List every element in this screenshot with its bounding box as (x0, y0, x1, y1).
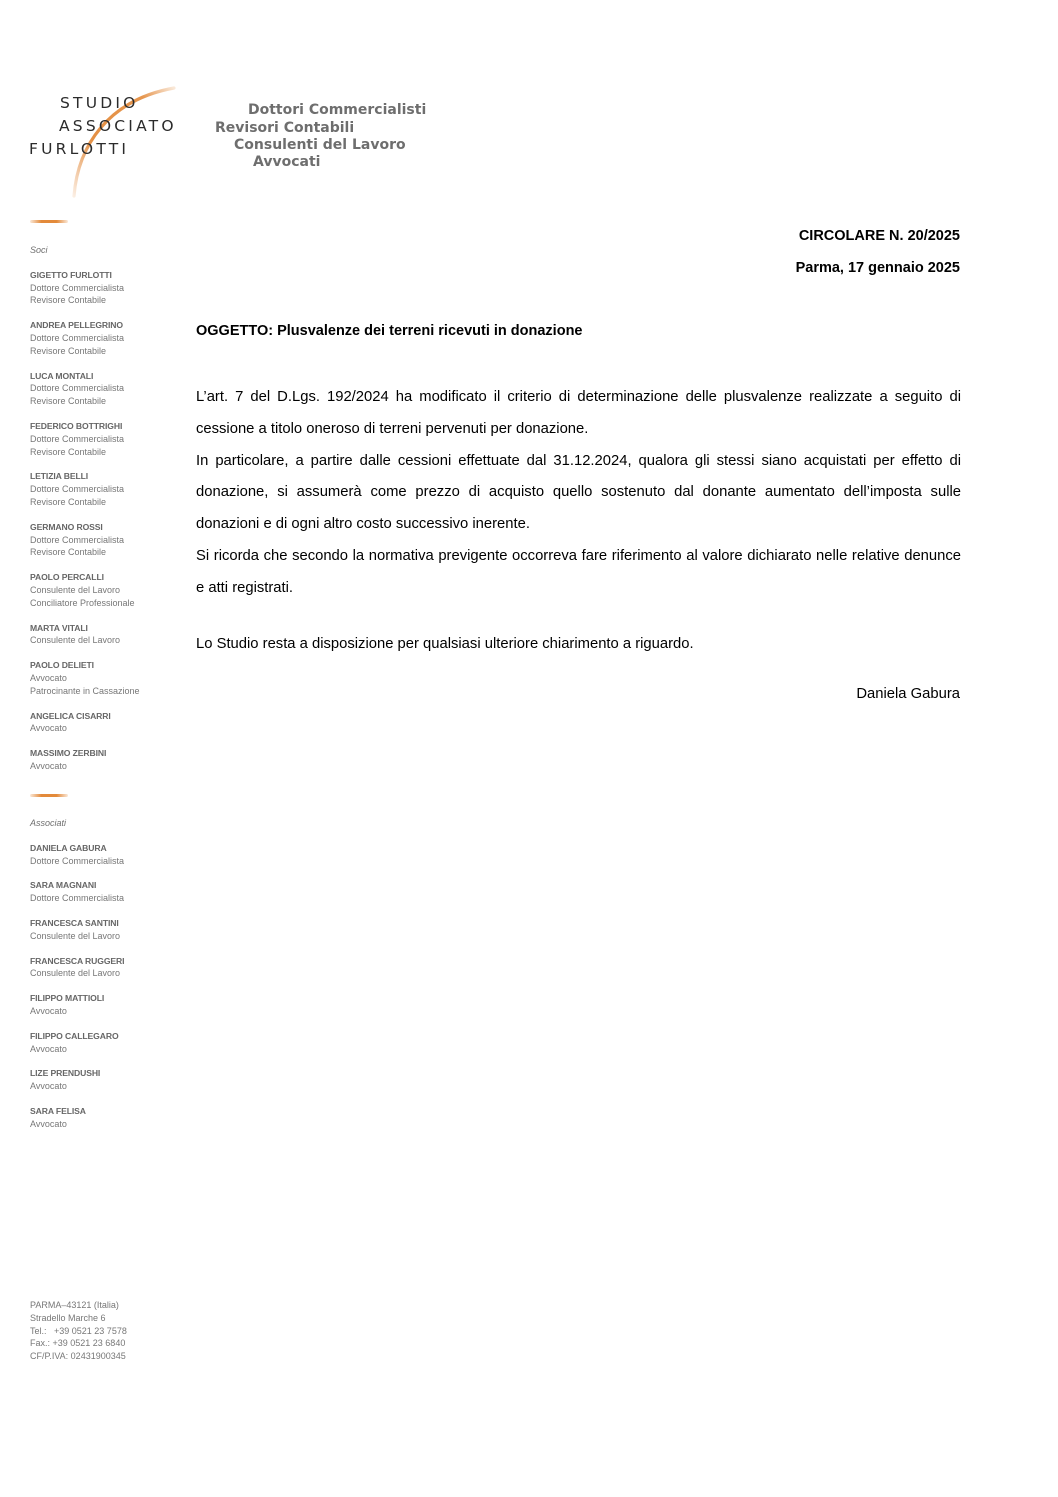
member-role: Dottore Commercialista (30, 433, 140, 446)
member-entry: LETIZIA BELLIDottore CommercialistaRevis… (30, 470, 140, 508)
member-entry: GERMANO ROSSIDottore CommercialistaRevis… (30, 521, 140, 559)
member-role: Conciliatore Professionale (30, 597, 140, 610)
sidebar-soci: Soci GIGETTO FURLOTTIDottore Commerciali… (30, 244, 140, 785)
member-role: Avvocato (30, 1043, 124, 1056)
member-name: ANDREA PELLEGRINO (30, 319, 140, 332)
member-role: Consulente del Lavoro (30, 930, 124, 943)
member-entry: MASSIMO ZERBINIAvvocato (30, 747, 140, 773)
profession-avvocati: Avvocati (253, 154, 320, 170)
member-role: Avvocato (30, 1005, 124, 1018)
member-name: DANIELA GABURA (30, 842, 124, 855)
member-role: Dottore Commercialista (30, 483, 140, 496)
member-entry: LUCA MONTALIDottore CommercialistaReviso… (30, 370, 140, 408)
member-name: SARA MAGNANI (30, 879, 124, 892)
member-role: Consulente del Lavoro (30, 634, 140, 647)
member-entry: GIGETTO FURLOTTIDottore CommercialistaRe… (30, 269, 140, 307)
member-name: PAOLO PERCALLI (30, 571, 140, 584)
member-role: Dottore Commercialista (30, 382, 140, 395)
member-entry: SARA MAGNANIDottore Commercialista (30, 879, 124, 905)
member-role: Dottore Commercialista (30, 855, 124, 868)
soci-list: GIGETTO FURLOTTIDottore CommercialistaRe… (30, 269, 140, 773)
member-entry: MARTA VITALIConsulente del Lavoro (30, 622, 140, 648)
member-role: Revisore Contabile (30, 446, 140, 459)
member-role: Revisore Contabile (30, 345, 140, 358)
footer-vat: CF/P.IVA: 02431900345 (30, 1350, 127, 1363)
member-entry: PAOLO PERCALLIConsulente del LavoroConci… (30, 571, 140, 609)
member-role: Dottore Commercialista (30, 332, 140, 345)
member-name: FILIPPO MATTIOLI (30, 992, 124, 1005)
logo-line-associato: ASSOCIATO (59, 117, 177, 135)
associati-title: Associati (30, 817, 124, 830)
member-entry: PAOLO DELIETIAvvocatoPatrocinante in Cas… (30, 659, 140, 697)
logo-line-studio: STUDIO (60, 94, 139, 112)
member-role: Revisore Contabile (30, 546, 140, 559)
paragraph-3: Si ricorda che secondo la normativa prev… (196, 541, 961, 605)
member-entry: FRANCESCA SANTINIConsulente del Lavoro (30, 917, 124, 943)
letter-body: L’art. 7 del D.Lgs. 192/2024 ha modifica… (196, 382, 961, 605)
member-role: Revisore Contabile (30, 294, 140, 307)
member-role: Dottore Commercialista (30, 534, 140, 547)
circolare-number: CIRCOLARE N. 20/2025 (799, 228, 960, 244)
member-entry: FILIPPO MATTIOLIAvvocato (30, 992, 124, 1018)
member-name: SARA FELISA (30, 1105, 124, 1118)
member-name: MASSIMO ZERBINI (30, 747, 140, 760)
member-role: Revisore Contabile (30, 496, 140, 509)
member-name: LIZE PRENDUSHI (30, 1067, 124, 1080)
sidebar-associati: Associati DANIELA GABURADottore Commerci… (30, 817, 124, 1143)
member-role: Avvocato (30, 672, 140, 685)
member-role: Avvocato (30, 722, 140, 735)
member-role: Patrocinante in Cassazione (30, 685, 140, 698)
member-name: LETIZIA BELLI (30, 470, 140, 483)
sidebar-divider-associati (30, 794, 68, 797)
member-name: LUCA MONTALI (30, 370, 140, 383)
member-name: GERMANO ROSSI (30, 521, 140, 534)
profession-dottori: Dottori Commercialisti (248, 102, 426, 118)
footer-city: PARMA–43121 (Italia) (30, 1299, 127, 1312)
member-entry: ANDREA PELLEGRINODottore CommercialistaR… (30, 319, 140, 357)
member-role: Avvocato (30, 1080, 124, 1093)
member-name: FILIPPO CALLEGARO (30, 1030, 124, 1043)
member-role: Consulente del Lavoro (30, 967, 124, 980)
member-entry: FILIPPO CALLEGAROAvvocato (30, 1030, 124, 1056)
letter-closing: Lo Studio resta a disposizione per quals… (196, 636, 694, 652)
member-entry: FRANCESCA RUGGERIConsulente del Lavoro (30, 955, 124, 981)
paragraph-2: In particolare, a partire dalle cessioni… (196, 446, 961, 541)
member-name: ANGELICA CISARRI (30, 710, 140, 723)
letter-subject: OGGETTO: Plusvalenze dei terreni ricevut… (196, 323, 583, 339)
letter-signature: Daniela Gabura (856, 686, 960, 702)
member-name: GIGETTO FURLOTTI (30, 269, 140, 282)
member-name: FRANCESCA SANTINI (30, 917, 124, 930)
footer-phone: Tel.: +39 0521 23 7578 (30, 1325, 127, 1338)
profession-revisori: Revisori Contabili (215, 120, 354, 136)
member-entry: SARA FELISAAvvocato (30, 1105, 124, 1131)
studio-logo: STUDIO ASSOCIATO FURLOTTI (28, 86, 178, 198)
logo-line-furlotti: FURLOTTI (29, 140, 129, 158)
associati-list: DANIELA GABURADottore CommercialistaSARA… (30, 842, 124, 1131)
footer-street: Stradello Marche 6 (30, 1312, 127, 1325)
member-name: FEDERICO BOTTRIGHI (30, 420, 140, 433)
member-role: Consulente del Lavoro (30, 584, 140, 597)
member-role: Dottore Commercialista (30, 892, 124, 905)
studio-address-footer: PARMA–43121 (Italia) Stradello Marche 6 … (30, 1299, 127, 1363)
paragraph-1: L’art. 7 del D.Lgs. 192/2024 ha modifica… (196, 382, 961, 446)
sidebar-divider-top (30, 220, 68, 223)
member-entry: LIZE PRENDUSHIAvvocato (30, 1067, 124, 1093)
member-name: MARTA VITALI (30, 622, 140, 635)
member-entry: ANGELICA CISARRIAvvocato (30, 710, 140, 736)
member-role: Avvocato (30, 760, 140, 773)
profession-consulenti: Consulenti del Lavoro (234, 137, 406, 153)
member-role: Revisore Contabile (30, 395, 140, 408)
letter-date: Parma, 17 gennaio 2025 (796, 260, 960, 276)
soci-title: Soci (30, 244, 140, 257)
member-role: Avvocato (30, 1118, 124, 1131)
member-name: PAOLO DELIETI (30, 659, 140, 672)
member-entry: FEDERICO BOTTRIGHIDottore Commercialista… (30, 420, 140, 458)
member-name: FRANCESCA RUGGERI (30, 955, 124, 968)
member-role: Dottore Commercialista (30, 282, 140, 295)
member-entry: DANIELA GABURADottore Commercialista (30, 842, 124, 868)
footer-fax: Fax.: +39 0521 23 6840 (30, 1337, 127, 1350)
